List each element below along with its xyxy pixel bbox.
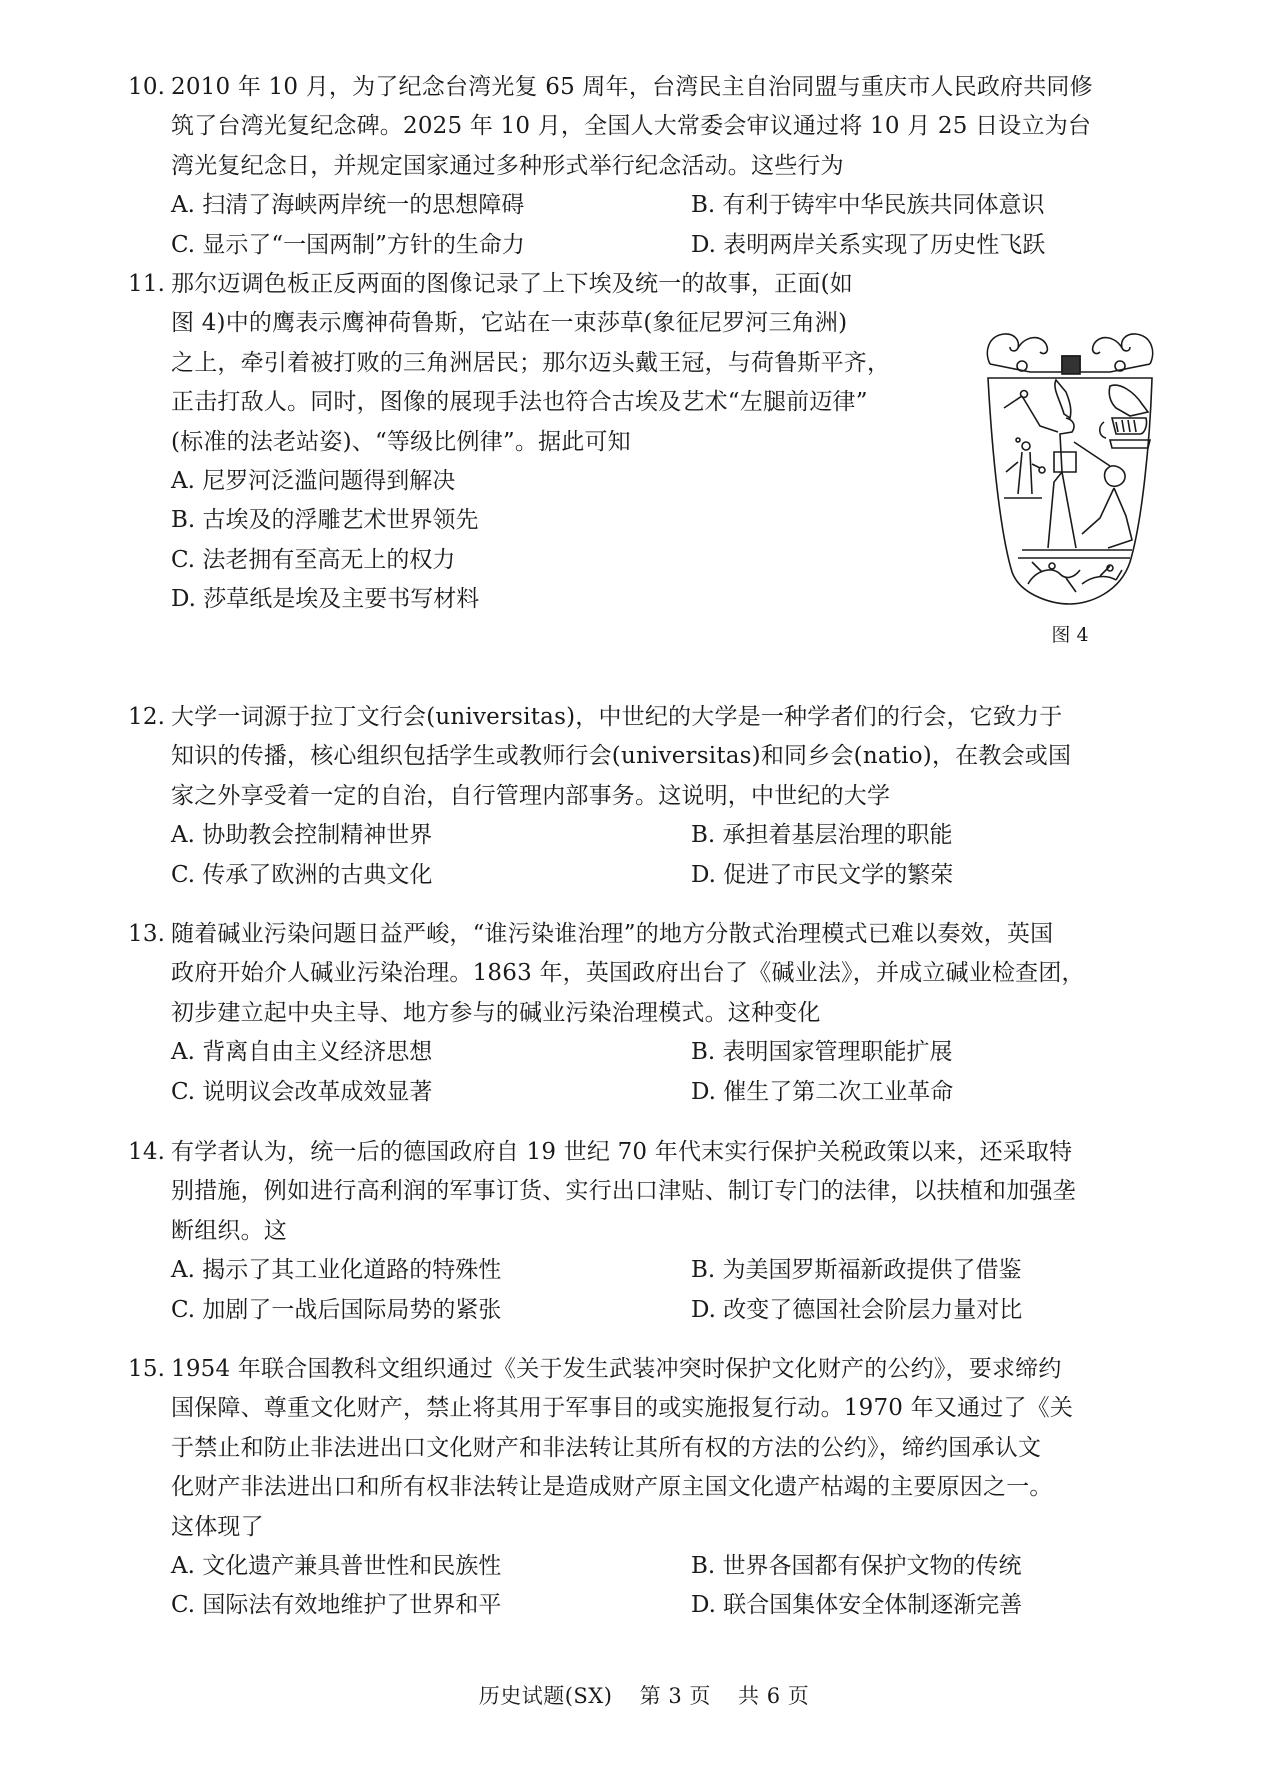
option-b[interactable]: B. 为美国罗斯福新政提供了借鉴 — [691, 1251, 1022, 1290]
footer-total-pages: 共 6 页 — [738, 1684, 809, 1708]
option-d[interactable]: D. 催生了第二次工业革命 — [691, 1073, 953, 1112]
option-c[interactable]: C. 传承了欧洲的古典文化 — [171, 856, 432, 895]
question-text-line: 别措施，例如进行高利润的军事订货、实行出口津贴、制订专门的法律，以扶植和加强垄 — [171, 1172, 1076, 1211]
option-b[interactable]: B. 有利于铸牢中华民族共同体意识 — [691, 186, 1045, 225]
question-number: 12. — [128, 698, 171, 737]
question-11: 11. 那尔迈调色板正反两面的图像记录了上下埃及统一的故事，正面(如 图 4)中… — [128, 265, 948, 620]
option-c[interactable]: C. 国际法有效地维护了世界和平 — [171, 1586, 501, 1625]
question-text-line: 随着碱业污染问题日益严峻，“谁污染谁治理”的地方分散式治理模式已难以奏效，英国 — [171, 915, 1053, 954]
figure-caption: 图 4 — [970, 620, 1170, 647]
options-row: C. 显示了“一国两制”方针的生命力 D. 表明两岸关系实现了历史性飞跃 — [128, 226, 1168, 265]
page-footer: 历史试题(SX) 第 3 页 共 6 页 — [0, 1680, 1288, 1710]
question-text-line: 湾光复纪念日，并规定国家通过多种形式举行纪念活动。这些行为 — [171, 147, 844, 186]
exam-page: 10. 2010 年 10 月，为了纪念台湾光复 65 周年，台湾民主自治同盟与… — [0, 0, 1288, 1768]
question-text-line: 断组织。这 — [171, 1212, 287, 1251]
question-number: 13. — [128, 915, 171, 954]
option-b[interactable]: B. 承担着基层治理的职能 — [691, 816, 953, 855]
question-text-line: 政府开始介人碱业污染治理。1863 年，英国政府出台了《碱业法》，并成立碱业检查… — [171, 954, 1085, 993]
question-text-line: 大学一词源于拉丁文行会(universitas)，中世纪的大学是一种学者们的行会… — [171, 698, 1062, 737]
option-a[interactable]: A. 扫清了海峡两岸统一的思想障碍 — [171, 186, 524, 225]
question-text-line: 初步建立起中央主导、地方参与的碱业污染治理模式。这种变化 — [171, 994, 821, 1033]
figure-4: 图 4 — [970, 322, 1170, 652]
question-text-line: 之上，牵引着被打败的三角洲居民；那尔迈头戴王冠，与荷鲁斯平齐， — [171, 344, 890, 383]
question-number: 14. — [128, 1133, 171, 1172]
option-a[interactable]: A. 揭示了其工业化道路的特殊性 — [171, 1251, 501, 1290]
footer-subject: 历史试题(SX) — [479, 1684, 613, 1708]
question-text-line: 这体现了 — [171, 1508, 264, 1547]
question-text-line: 化财产非法进出口和所有权非法转让是造成财产原主国文化遗产枯竭的主要原因之一。 — [171, 1468, 1053, 1507]
question-number: 11. — [128, 265, 171, 304]
question-number: 15. — [128, 1350, 171, 1389]
options-row: A. 扫清了海峡两岸统一的思想障碍 B. 有利于铸牢中华民族共同体意识 — [128, 186, 1168, 225]
narmer-palette-illustration-icon — [970, 322, 1170, 612]
question-text-line: (标准的法老站姿)、“等级比例律”。据此可知 — [171, 423, 631, 462]
option-b[interactable]: B. 古埃及的浮雕艺术世界领先 — [171, 501, 479, 540]
option-c[interactable]: C. 法老拥有至高无上的权力 — [171, 541, 455, 580]
option-b[interactable]: B. 世界各国都有保护文物的传统 — [691, 1547, 1022, 1586]
option-d[interactable]: D. 莎草纸是埃及主要书写材料 — [171, 580, 479, 619]
question-text-line: 家之外享受着一定的自治，自行管理内部事务。这说明，中世纪的大学 — [171, 777, 890, 816]
question-text-line: 于禁止和防止非法进出口文化财产和非法转让其所有权的方法的公约》，缔约国承认文 — [171, 1429, 1041, 1468]
question-text-line: 有学者认为，统一后的德国政府自 19 世纪 70 年代末实行保护关税政策以来，还… — [171, 1133, 1072, 1172]
option-a[interactable]: A. 背离自由主义经济思想 — [171, 1033, 432, 1072]
option-b[interactable]: B. 表明国家管理职能扩展 — [691, 1033, 953, 1072]
option-a[interactable]: A. 尼罗河泛滥问题得到解决 — [171, 462, 455, 501]
option-c[interactable]: C. 说明议会改革成效显著 — [171, 1073, 432, 1112]
option-c[interactable]: C. 加剧了一战后国际局势的紧张 — [171, 1291, 501, 1330]
question-14: 14. 有学者认为，统一后的德国政府自 19 世纪 70 年代末实行保护关税政策… — [128, 1133, 1168, 1330]
question-13: 13. 随着碱业污染问题日益严峻，“谁污染谁治理”的地方分散式治理模式已难以奏效… — [128, 915, 1168, 1112]
option-c[interactable]: C. 显示了“一国两制”方针的生命力 — [171, 226, 525, 265]
footer-page-number: 第 3 页 — [640, 1684, 711, 1708]
option-d[interactable]: D. 改变了德国社会阶层力量对比 — [691, 1291, 1022, 1330]
question-12: 12. 大学一词源于拉丁文行会(universitas)，中世纪的大学是一种学者… — [128, 698, 1168, 895]
question-15: 15. 1954 年联合国教科文组织通过《关于发生武装冲突时保护文化财产的公约》… — [128, 1350, 1168, 1626]
question-text-line: 正击打敌人。同时，图像的展现手法也符合古埃及艺术“左腿前迈律” — [171, 383, 868, 422]
question-text-line: 知识的传播，核心组织包括学生或教师行会(universitas)和同乡会(nat… — [171, 737, 1071, 776]
question-text-line: 2010 年 10 月，为了纪念台湾光复 65 周年，台湾民主自治同盟与重庆市人… — [171, 68, 1093, 107]
option-d[interactable]: D. 表明两岸关系实现了历史性飞跃 — [691, 226, 1045, 265]
option-d[interactable]: D. 促进了市民文学的繁荣 — [691, 856, 953, 895]
question-text-line: 筑了台湾光复纪念碑。2025 年 10 月，全国人大常委会审议通过将 10 月 … — [171, 107, 1091, 146]
question-text-line: 那尔迈调色板正反两面的图像记录了上下埃及统一的故事，正面(如 — [171, 265, 853, 304]
option-a[interactable]: A. 协助教会控制精神世界 — [171, 816, 432, 855]
question-10: 10. 2010 年 10 月，为了纪念台湾光复 65 周年，台湾民主自治同盟与… — [128, 68, 1168, 265]
question-text-line: 图 4)中的鹰表示鹰神荷鲁斯，它站在一束莎草(象征尼罗河三角洲) — [171, 304, 847, 343]
question-number: 10. — [128, 68, 171, 107]
question-text-line: 国保障、尊重文化财产，禁止将其用于军事目的或实施报复行动。1970 年又通过了《… — [171, 1389, 1073, 1428]
option-d[interactable]: D. 联合国集体安全体制逐渐完善 — [691, 1586, 1022, 1625]
option-a[interactable]: A. 文化遗产兼具普世性和民族性 — [171, 1547, 501, 1586]
question-text-line: 1954 年联合国教科文组织通过《关于发生武装冲突时保护文化财产的公约》，要求缔… — [171, 1350, 1062, 1389]
